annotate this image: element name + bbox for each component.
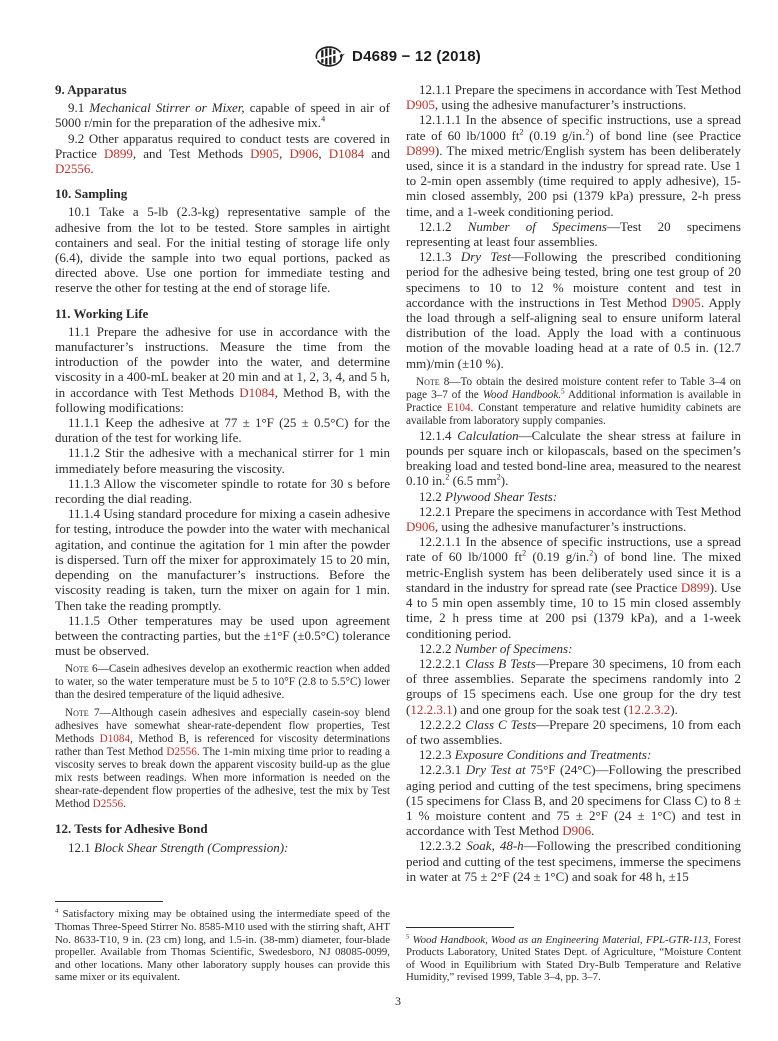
doc-reference-link[interactable]: D1084: [100, 733, 130, 745]
section-heading: 10. Sampling: [55, 186, 390, 201]
doc-reference-link[interactable]: 12.2.3.1: [410, 702, 452, 717]
italic-text: Mechanical Stirrer or Mixer,: [89, 100, 244, 115]
doc-reference-link[interactable]: E104: [447, 402, 471, 414]
text-run: (0.19 g/in.: [524, 128, 586, 143]
note-paragraph: Note 8—To obtain the desired moisture co…: [406, 376, 741, 428]
text-run: , using the adhesive manufacturer’s inst…: [435, 519, 686, 534]
text-run: 12.1.2: [419, 219, 468, 234]
italic-text: Number of Specimens: [468, 219, 607, 234]
text-run: 12.2.2: [419, 641, 455, 656]
text-run: Satisfactory mixing may be obtained usin…: [55, 908, 390, 983]
text-run: ) of bond line (see Practice: [589, 128, 741, 143]
doc-reference-link[interactable]: D2556: [93, 798, 123, 810]
section-heading: 11. Working Life: [55, 306, 390, 321]
italic-text: Soak, 48-h: [466, 838, 523, 853]
doc-reference-link[interactable]: D905: [672, 295, 701, 310]
italic-text: Block Shear Strength (Compression):: [94, 840, 288, 855]
section-heading: 9. Apparatus: [55, 82, 390, 97]
text-run: 12.2.3.2: [419, 838, 466, 853]
footnote: 4 Satisfactory mixing may be obtained us…: [55, 897, 390, 984]
text-run: .: [90, 161, 93, 176]
text-run: and: [364, 146, 390, 161]
text-run: (0.19 g/in.: [526, 549, 589, 564]
italic-text: Class B Tests: [465, 656, 535, 671]
doc-reference-link[interactable]: D1084: [239, 385, 274, 400]
paragraph: 10.1 Take a 5-lb (2.3-kg) representative…: [55, 204, 390, 295]
paragraph: 12.2.2.2 Class C Tests—Prepare 20 specim…: [406, 717, 741, 747]
text-run: 12. Tests for Adhesive Bond: [55, 821, 208, 836]
text-run: 9. Apparatus: [55, 82, 127, 97]
text-run: 10.1 Take a 5-lb (2.3-kg) representative…: [55, 204, 390, 295]
text-run: .: [123, 798, 126, 810]
text-run: ).: [501, 473, 509, 488]
doc-reference-link[interactable]: D905: [406, 97, 435, 112]
text-run: (6.5 mm: [449, 473, 496, 488]
text-run: 12.1.4: [419, 428, 457, 443]
page-number: 3: [395, 994, 401, 1008]
paragraph: 11.1.3 Allow the viscometer spindle to r…: [55, 476, 390, 506]
text-run: 11.1.2 Stir the adhesive with a mechanic…: [55, 445, 390, 475]
text-run: 11.1.3 Allow the viscometer spindle to r…: [55, 476, 390, 506]
left-column: 9. Apparatus9.1 Mechanical Stirrer or Mi…: [55, 82, 390, 984]
text-run: .: [591, 823, 594, 838]
italic-text: Dry Test: [461, 249, 511, 264]
doc-reference-link[interactable]: D1084: [329, 146, 364, 161]
doc-reference-link[interactable]: D906: [562, 823, 591, 838]
text-run: ) and one group for the soak test (: [453, 702, 628, 717]
document-page: D4689 − 12 (2018) 9. Apparatus9.1 Mechan…: [0, 0, 778, 1041]
paragraph: 11.1.4 Using standard procedure for mixi…: [55, 506, 390, 612]
doc-reference-link[interactable]: D899: [406, 143, 435, 158]
sup-text: 4: [321, 115, 325, 124]
text-run: 12.2: [419, 489, 445, 504]
right-column: 12.1.1 Prepare the specimens in accordan…: [406, 82, 741, 984]
paragraph: 12.2.3.1 Dry Test at 75°F (24°C)—Followi…: [406, 762, 741, 838]
paragraph: 12.2.3.2 Soak, 48-h—Following the prescr…: [406, 838, 741, 884]
section-heading: 12. Tests for Adhesive Bond: [55, 821, 390, 836]
text-run: ,: [279, 146, 289, 161]
page-footer: 3: [55, 994, 741, 1009]
doc-reference-link[interactable]: D906: [289, 146, 318, 161]
doc-reference-link[interactable]: 12.2.3.2: [628, 702, 670, 717]
doc-reference-link[interactable]: D899: [104, 146, 133, 161]
paragraph: 12.2.3 Exposure Conditions and Treatment…: [406, 747, 741, 762]
note-paragraph: Note 6—Casein adhesives develop an exoth…: [55, 663, 390, 702]
italic-text: Wood Handbook, Wood as an Engineering Ma…: [413, 934, 711, 946]
two-column-body: 9. Apparatus9.1 Mechanical Stirrer or Mi…: [55, 82, 741, 984]
text-run: , and Test Methods: [133, 146, 250, 161]
text-run: ,: [318, 146, 328, 161]
paragraph: 9.1 Mechanical Stirrer or Mixer, capable…: [55, 100, 390, 130]
text-run: 12.1.1 Prepare the specimens in accordan…: [419, 82, 741, 97]
document-code: D4689 − 12 (2018): [352, 48, 481, 65]
paragraph: 12.2 Plywood Shear Tests:: [406, 489, 741, 504]
text-run: 12.1.3: [419, 249, 461, 264]
astm-logo-icon: [315, 46, 345, 67]
text-run: 11.1.5 Other temperatures may be used up…: [55, 613, 390, 658]
text-run: ). The mixed metric/English system has b…: [406, 143, 741, 219]
paragraph: 12.2.1 Prepare the specimens in accordan…: [406, 504, 741, 534]
smallcaps-text: Note 8—: [416, 376, 460, 388]
italic-text: Plywood Shear Tests:: [445, 489, 557, 504]
text-run: ).: [670, 702, 678, 717]
text-run: 12.2.2.2: [419, 717, 465, 732]
text-run: , using the adhesive manufacturer’s inst…: [435, 97, 686, 112]
italic-text: Wood Handbook.: [483, 389, 561, 401]
doc-reference-link[interactable]: D2556: [55, 161, 90, 176]
text-run: 12.2.1 Prepare the specimens in accordan…: [419, 504, 741, 519]
paragraph: 12.2.2 Number of Specimens:: [406, 641, 741, 656]
doc-reference-link[interactable]: D906: [406, 519, 435, 534]
text-run: 10. Sampling: [55, 186, 127, 201]
paragraph: 11.1.2 Stir the adhesive with a mechanic…: [55, 445, 390, 475]
paragraph: 12.1 Block Shear Strength (Compression):: [55, 840, 390, 855]
doc-reference-link[interactable]: D899: [681, 580, 710, 595]
paragraph: 11.1 Prepare the adhesive for use in acc…: [55, 324, 390, 415]
paragraph: 9.2 Other apparatus required to conduct …: [55, 131, 390, 177]
text-run: 11.1.1 Keep the adhesive at 77 ± 1°F (25…: [55, 415, 390, 445]
paragraph: 12.1.4 Calculation—Calculate the shear s…: [406, 428, 741, 489]
paragraph: 12.1.3 Dry Test—Following the prescribed…: [406, 249, 741, 371]
smallcaps-text: Note 7—: [65, 707, 111, 719]
paragraph: 12.1.1 Prepare the specimens in accordan…: [406, 82, 741, 112]
note-paragraph: Note 7—Although casein adhesives and esp…: [55, 707, 390, 811]
text-run: 12.1: [68, 840, 94, 855]
text-run: 11. Working Life: [55, 306, 148, 321]
paragraph: 12.1.2 Number of Specimens—Test 20 speci…: [406, 219, 741, 249]
italic-text: Class C Tests: [465, 717, 536, 732]
doc-reference-link[interactable]: D2556: [166, 746, 196, 758]
text-run: 12.2.3: [419, 747, 455, 762]
paragraph: 12.1.1.1 In the absence of specific inst…: [406, 112, 741, 218]
page-header: D4689 − 12 (2018): [55, 44, 741, 68]
text-run: 9.1: [68, 100, 89, 115]
italic-text: Exposure Conditions and Treatments:: [455, 747, 652, 762]
text-run: 11.1.4 Using standard procedure for mixi…: [55, 506, 390, 612]
smallcaps-text: Note 6—: [65, 663, 109, 675]
paragraph: 12.2.1.1 In the absence of specific inst…: [406, 534, 741, 640]
text-run: 12.2.3.1: [419, 762, 466, 777]
footnote: 5 Wood Handbook, Wood as an Engineering …: [406, 923, 741, 984]
paragraph: 11.1.1 Keep the adhesive at 77 ± 1°F (25…: [55, 415, 390, 445]
paragraph: 12.2.2.1 Class B Tests—Prepare 30 specim…: [406, 656, 741, 717]
italic-text: Calculation: [457, 428, 518, 443]
paragraph: 11.1.5 Other temperatures may be used up…: [55, 613, 390, 659]
text-run: 12.2.2.1: [419, 656, 465, 671]
doc-reference-link[interactable]: D905: [250, 146, 279, 161]
italic-text: Dry Test at: [466, 762, 526, 777]
italic-text: Number of Specimens:: [455, 641, 573, 656]
